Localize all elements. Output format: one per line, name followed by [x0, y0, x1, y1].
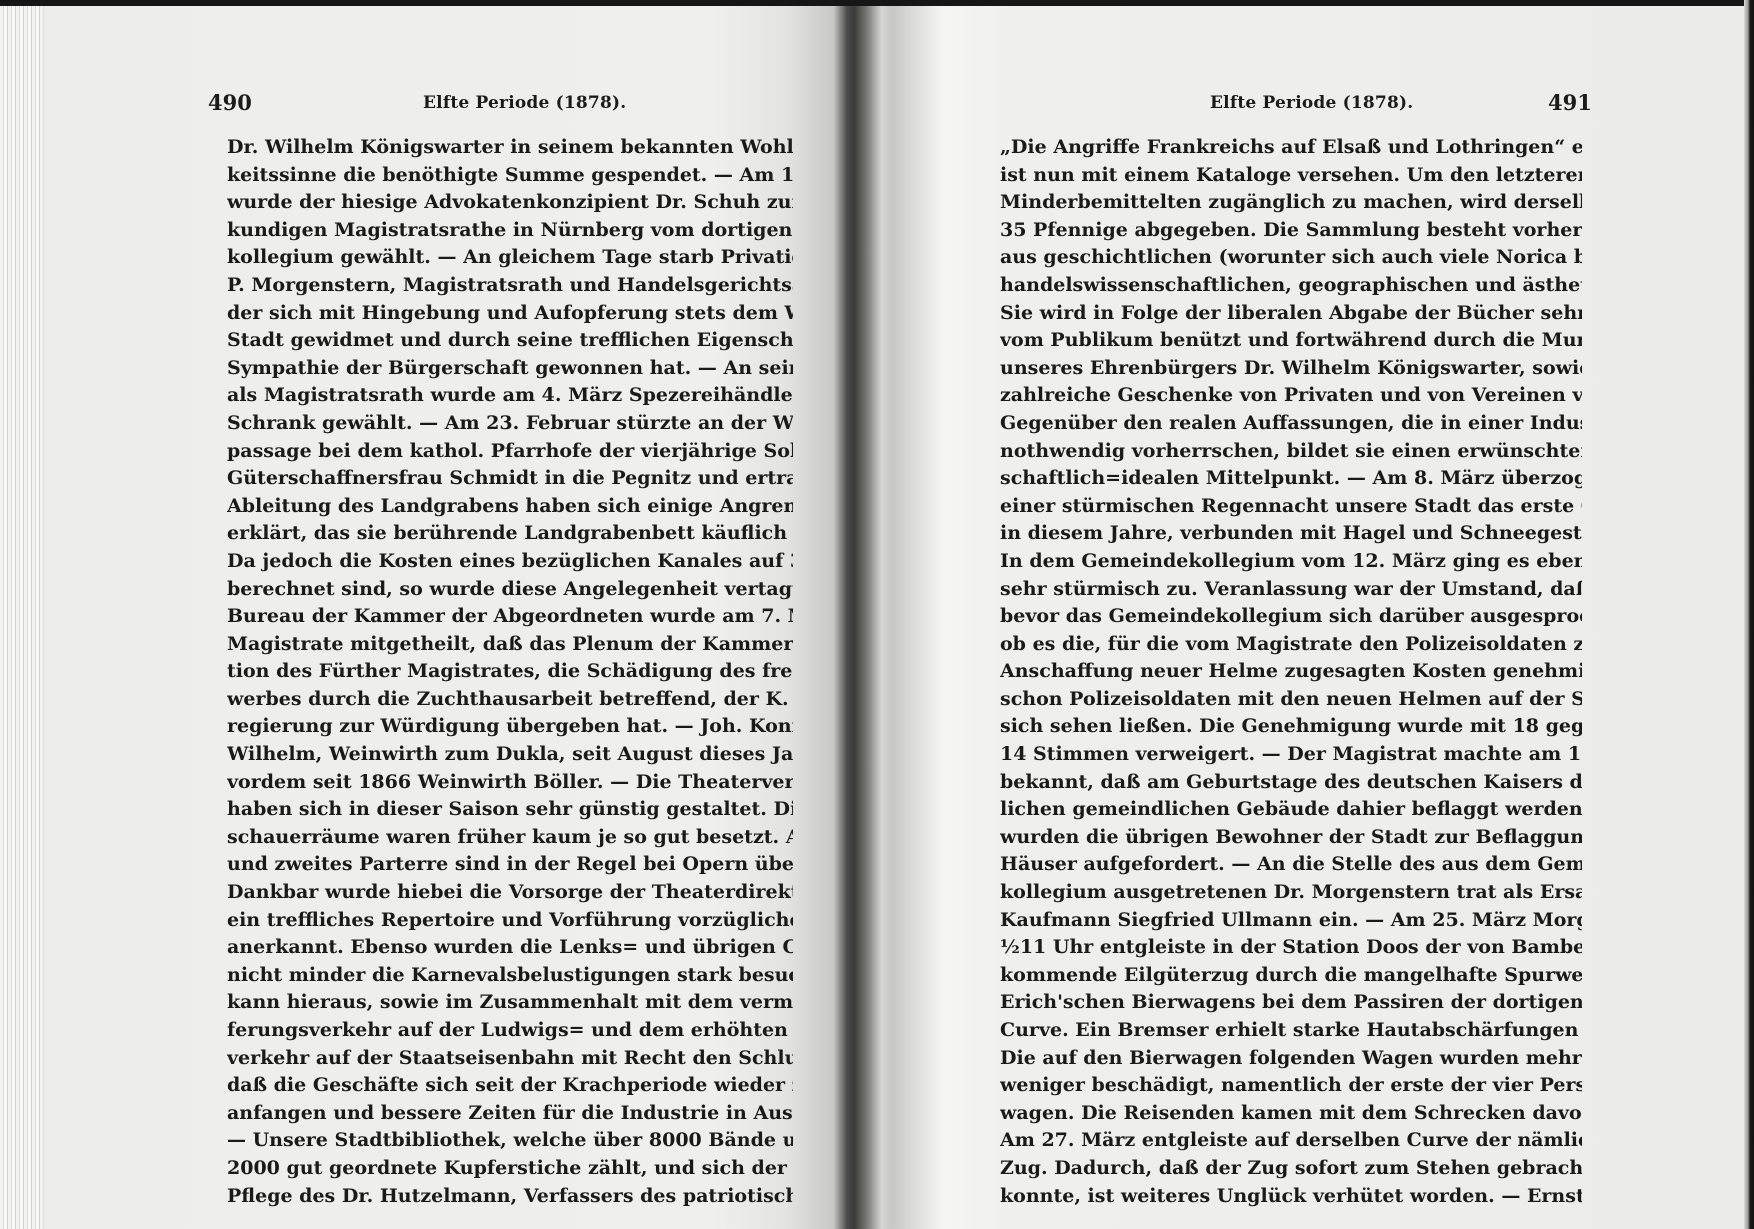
text-line: wurden die übrigen Bewohner der Stadt zu…	[1000, 824, 1582, 852]
text-line: aus geschichtlichen (worunter sich auch …	[1000, 244, 1582, 272]
text-line: in diesem Jahre, verbunden mit Hagel und…	[1000, 520, 1582, 548]
text-line: passage bei dem kathol. Pfarrhofe der vi…	[227, 438, 793, 466]
text-line: Erich'schen Bierwagens bei dem Passiren …	[1000, 989, 1582, 1017]
text-line: Die auf den Bierwagen folgenden Wagen wu…	[1000, 1045, 1582, 1073]
text-line: haben sich in dieser Saison sehr günstig…	[227, 796, 793, 824]
text-line: der sich mit Hingebung und Aufopferung s…	[227, 300, 793, 328]
text-line: anfangen und bessere Zeiten für die Indu…	[227, 1100, 793, 1128]
text-line: schaftlich=idealen Mittelpunkt. — Am 8. …	[1000, 465, 1582, 493]
text-line: Dr. Wilhelm Königswarter in seinem bekan…	[227, 134, 793, 162]
text-line: kann hieraus, sowie im Zusammenhalt mit …	[227, 989, 793, 1017]
text-line: tion des Fürther Magistrates, die Schädi…	[227, 658, 793, 686]
text-line: wurde der hiesige Advokatenkonzipient Dr…	[227, 189, 793, 217]
text-line: Wilhelm, Weinwirth zum Dukla, seit Augus…	[227, 741, 793, 769]
text-line: Güterschaffnersfrau Schmidt in die Pegni…	[227, 465, 793, 493]
text-line: vordem seit 1866 Weinwirth Böller. — Die…	[227, 769, 793, 797]
text-line: verkehr auf der Staatseisenbahn mit Rech…	[227, 1045, 793, 1073]
text-line: einer stürmischen Regennacht unsere Stad…	[1000, 493, 1582, 521]
text-line: Ableitung des Landgrabens haben sich ein…	[227, 493, 793, 521]
text-line: Zug. Dadurch, daß der Zug sofort zum Ste…	[1000, 1155, 1582, 1183]
text-line: ist nun mit einem Kataloge versehen. Um …	[1000, 162, 1582, 190]
text-line: bekannt, daß am Geburtstage des deutsche…	[1000, 769, 1582, 797]
text-line: Curve. Ein Bremser erhielt starke Hautab…	[1000, 1017, 1582, 1045]
text-line: kommende Eilgüterzug durch die mangelhaf…	[1000, 962, 1582, 990]
text-line: schauerräume waren früher kaum je so gut…	[227, 824, 793, 852]
page-number-left: 490	[208, 90, 252, 115]
text-line: Sie wird in Folge der liberalen Abgabe d…	[1000, 300, 1582, 328]
text-line: handelswissenschaftlichen, geographische…	[1000, 272, 1582, 300]
text-line: — Unsere Stadtbibliothek, welche über 80…	[227, 1127, 793, 1155]
scan-right-border	[1744, 0, 1754, 1229]
text-line: sich sehen ließen. Die Genehmigung wurde…	[1000, 713, 1582, 741]
text-line: kollegium gewählt. — An gleichem Tage st…	[227, 244, 793, 272]
text-line: keitssinne die benöthigte Summe gespende…	[227, 162, 793, 190]
text-line: Anschaffung neuer Helme zugesagten Koste…	[1000, 658, 1582, 686]
text-line: ½11 Uhr entgleiste in der Station Doos d…	[1000, 934, 1582, 962]
text-line: Gegenüber den realen Auffassungen, die i…	[1000, 410, 1582, 438]
text-line: Kaufmann Siegfried Ullmann ein. — Am 25.…	[1000, 907, 1582, 935]
text-line: „Die Angriffe Frankreichs auf Elsaß und …	[1000, 134, 1582, 162]
text-line: Dankbar wurde hiebei die Vorsorge der Th…	[227, 879, 793, 907]
text-line: Magistrate mitgetheilt, daß das Plenum d…	[227, 631, 793, 659]
text-line: ein treffliches Repertoire und Vorführun…	[227, 907, 793, 935]
running-head-title-right: Elfte Periode (1878).	[1210, 93, 1413, 113]
text-line: unseres Ehrenbürgers Dr. Wilhelm Königsw…	[1000, 355, 1582, 383]
text-line: weniger beschädigt, namentlich der erste…	[1000, 1072, 1582, 1100]
running-head-title-left: Elfte Periode (1878).	[423, 93, 626, 113]
text-line: Da jedoch die Kosten eines bezüglichen K…	[227, 548, 793, 576]
text-line: Am 27. März entgleiste auf derselben Cur…	[1000, 1127, 1582, 1155]
text-line: konnte, ist weiteres Unglück verhütet wo…	[1000, 1183, 1582, 1211]
text-line: In dem Gemeindekollegium vom 12. März gi…	[1000, 548, 1582, 576]
text-line: nothwendig vorherrschen, bildet sie eine…	[1000, 438, 1582, 466]
text-line: berechnet sind, so wurde diese Angelegen…	[227, 576, 793, 604]
text-line: ob es die, für die vom Magistrate den Po…	[1000, 631, 1582, 659]
book-spread: 490 Elfte Periode (1878). Elfte Periode …	[0, 0, 1754, 1229]
text-line: wagen. Die Reisenden kamen mit dem Schre…	[1000, 1100, 1582, 1128]
text-line: kundigen Magistratsrathe in Nürnberg vom…	[227, 217, 793, 245]
right-running-head: Elfte Periode (1878). 491	[1000, 90, 1600, 120]
right-page-body: „Die Angriffe Frankreichs auf Elsaß und …	[1000, 134, 1582, 1210]
text-line: kollegium ausgetretenen Dr. Morgenstern …	[1000, 879, 1582, 907]
text-line: zahlreiche Geschenke von Privaten und vo…	[1000, 382, 1582, 410]
text-line: Minderbemittelten zugänglich zu machen, …	[1000, 189, 1582, 217]
text-line: daß die Geschäfte sich seit der Krachper…	[227, 1072, 793, 1100]
text-line: und zweites Parterre sind in der Regel b…	[227, 851, 793, 879]
left-running-head: 490 Elfte Periode (1878).	[208, 90, 808, 120]
text-line: Pflege des Dr. Hutzelmann, Verfassers de…	[227, 1183, 793, 1211]
text-line: Bureau der Kammer der Abgeordneten wurde…	[227, 603, 793, 631]
text-line: ferungsverkehr auf der Ludwigs= und dem …	[227, 1017, 793, 1045]
text-line: vom Publikum benützt und fortwährend dur…	[1000, 327, 1582, 355]
text-line: 35 Pfennige abgegeben. Die Sammlung best…	[1000, 217, 1582, 245]
text-line: 14 Stimmen verweigert. — Der Magistrat m…	[1000, 741, 1582, 769]
binding-gutter	[834, 6, 894, 1229]
text-line: 2000 gut geordnete Kupferstiche zählt, u…	[227, 1155, 793, 1183]
text-line: Schrank gewählt. — Am 23. Februar stürzt…	[227, 410, 793, 438]
text-line: P. Morgenstern, Magistratsrath und Hande…	[227, 272, 793, 300]
page-stack-edge-left	[0, 6, 44, 1229]
text-line: anerkannt. Ebenso wurden die Lenks= und …	[227, 934, 793, 962]
text-line: Sympathie der Bürgerschaft gewonnen hat.…	[227, 355, 793, 383]
text-line: Stadt gewidmet und durch seine trefflich…	[227, 327, 793, 355]
text-line: bevor das Gemeindekollegium sich darüber…	[1000, 603, 1582, 631]
text-line: lichen gemeindlichen Gebäude dahier befl…	[1000, 796, 1582, 824]
text-line: erklärt, das sie berührende Landgrabenbe…	[227, 520, 793, 548]
text-line: regierung zur Würdigung übergeben hat. —…	[227, 713, 793, 741]
text-line: Häuser aufgefordert. — An die Stelle des…	[1000, 851, 1582, 879]
text-line: sehr stürmisch zu. Veranlassung war der …	[1000, 576, 1582, 604]
text-line: nicht minder die Karnevalsbelustigungen …	[227, 962, 793, 990]
left-page-body: Dr. Wilhelm Königswarter in seinem bekan…	[227, 134, 793, 1210]
page-number-right: 491	[1548, 90, 1592, 115]
text-line: schon Polizeisoldaten mit den neuen Helm…	[1000, 686, 1582, 714]
text-line: als Magistratsrath wurde am 4. März Spez…	[227, 382, 793, 410]
text-line: werbes durch die Zuchthausarbeit betreff…	[227, 686, 793, 714]
